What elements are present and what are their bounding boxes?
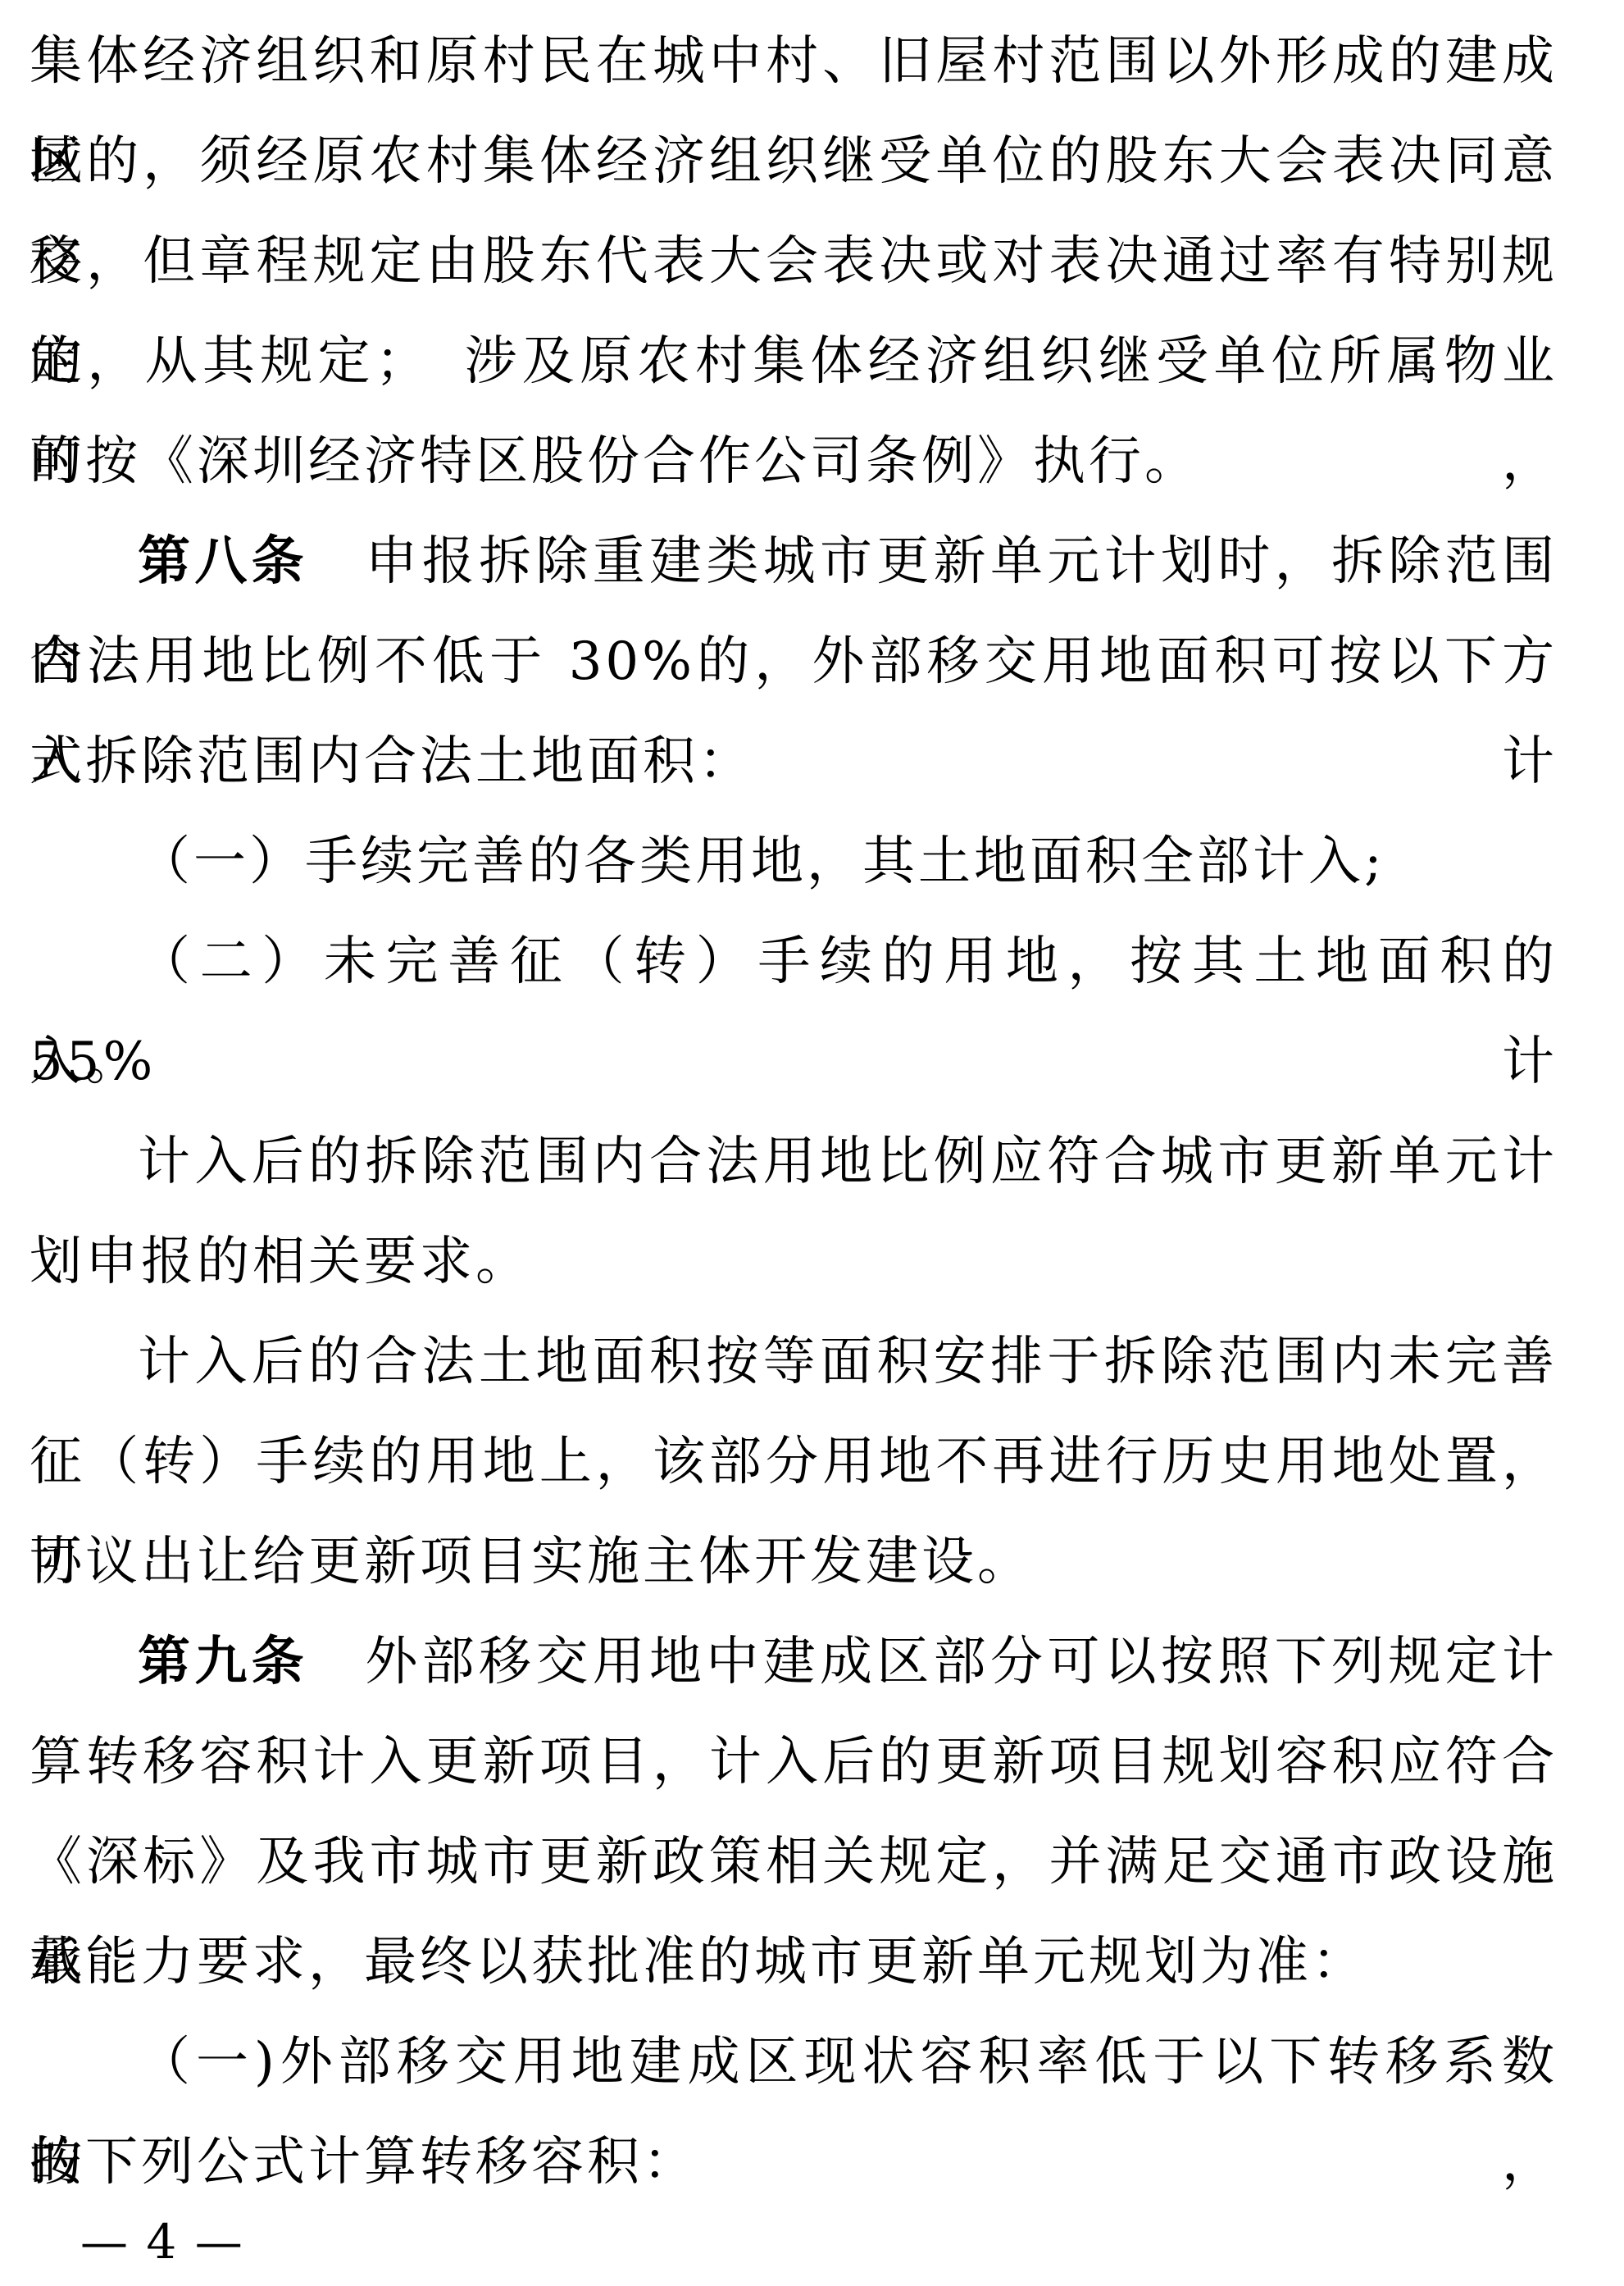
article-number: 第九条: [138, 1631, 308, 1692]
text-line: 计入后的拆除范围内合法用地比例应符合城市更新单元计: [30, 1112, 1558, 1212]
text-line: 交，但章程规定由股东代表大会表决或对表决通过率有特别规定: [30, 212, 1558, 312]
article-number: 第八条: [138, 531, 308, 592]
text-line: 征（转）手续的用地上，该部分用地不再进行历史用地处置，可: [30, 1412, 1558, 1512]
text-line: 算转移容积计入更新项目，计入后的更新项目规划容积应符合: [30, 1712, 1558, 1812]
text-line: 计入后的合法土地面积按等面积安排于拆除范围内未完善: [30, 1312, 1558, 1412]
text-line: （一）手续完善的各类用地，其土地面积全部计入;: [30, 812, 1558, 912]
document-page: 集体经济组织和原村民在城中村、旧屋村范围以外形成的建成区域的，须经原农村集体经济…: [0, 0, 1624, 2286]
text-line: 协议出让给更新项目实施主体开发建设。: [30, 1512, 1558, 1612]
text-line: 合法用地比例不低于 30%的，外部移交用地面积可按以下方式计: [30, 612, 1558, 712]
article-heading-line: 第八条 申报拆除重建类城市更新单元计划时，拆除范围内: [30, 512, 1558, 612]
text-line: 集体经济组织和原村民在城中村、旧屋村范围以外形成的建成区: [30, 11, 1558, 112]
text-line: 的，从其规定； 涉及原农村集体经济组织继受单位所属物业的，: [30, 312, 1558, 412]
article-heading-line: 第九条 外部移交用地中建成区部分可以按照下列规定计: [30, 1612, 1558, 1712]
page-number: — 4 —: [80, 2214, 244, 2270]
text-line: （二）未完善征（转）手续的用地，按其土地面积的 55%计: [30, 912, 1558, 1012]
text-line: （一)外部移交用地建成区现状容积率低于以下转移系数的，: [30, 2012, 1558, 2112]
text-line: 域的，须经原农村集体经济组织继受单位的股东大会表决同意移: [30, 112, 1558, 212]
text-line: 划申报的相关要求。: [30, 1212, 1558, 1312]
document-body: 集体经济组织和原村民在城中村、旧屋村范围以外形成的建成区域的，须经原农村集体经济…: [30, 11, 1558, 2212]
text-line: 《深标》及我市城市更新政策相关规定，并满足交通市政设施承: [30, 1812, 1558, 1912]
text-line: 载能力要求，最终以获批准的城市更新单元规划为准：: [30, 1912, 1558, 2012]
